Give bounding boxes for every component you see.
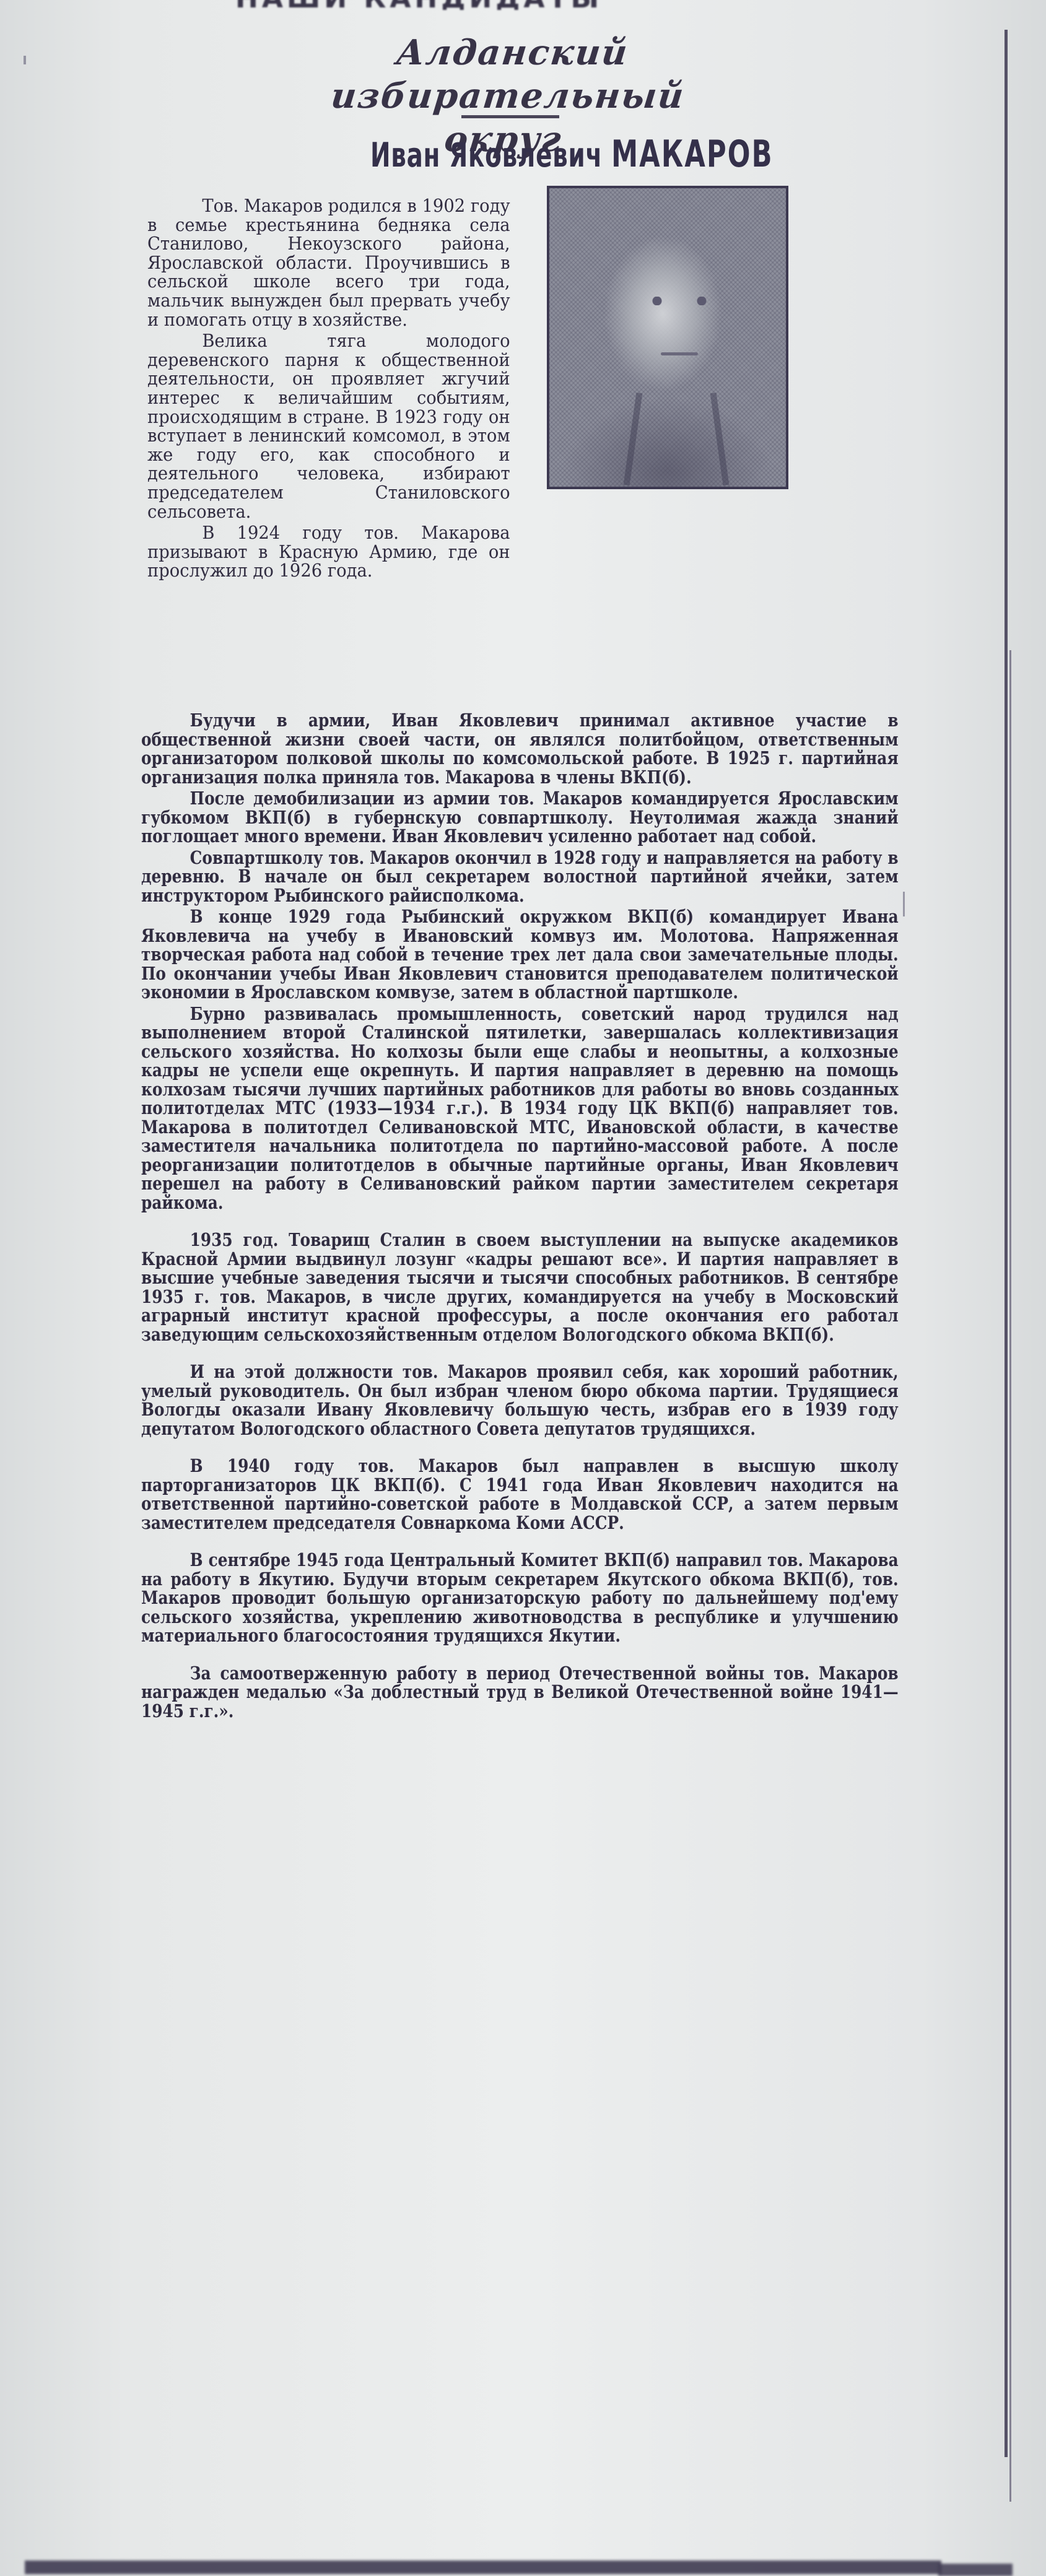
portrait-photo (547, 186, 788, 489)
column-rule (1005, 30, 1008, 2457)
narrow-column-text: Тов. Макаров родился в 1902 году в семье… (147, 197, 510, 581)
cut-off-masthead: НАШИ КАНДИДАТЫ (235, 0, 756, 10)
candidate-name-heading: Иван Яковлевич МАКАРОВ (370, 133, 682, 176)
district-name: Алданский избирательный (233, 31, 787, 118)
newspaper-clipping: НАШИ КАНДИДАТЫ Алданский избирательный о… (0, 0, 1046, 2576)
paragraph-medal: За самоотверженную работу в период Отече… (141, 1664, 899, 1721)
portrait-collar-right (710, 393, 730, 485)
candidate-surname: МАКАРОВ (611, 133, 774, 176)
bottom-border-rule (25, 2561, 941, 2574)
portrait-collar-left (624, 393, 643, 485)
paragraph-yakutia: В сентябре 1945 года Центральный Комитет… (141, 1551, 899, 1645)
heading-underline (461, 115, 559, 118)
portrait-eyes (642, 297, 717, 305)
paragraph-1940: В 1940 году тов. Макаров был направлен в… (141, 1456, 899, 1532)
paragraph-sovpartschool: Совпартшколу тов. Макаров окончил в 1928… (141, 848, 899, 905)
candidate-first-names: Иван Яковлевич (370, 136, 603, 175)
paragraph-vologda: И на этой должности тов. Макаров проявил… (141, 1362, 899, 1438)
column-rule-secondary (1009, 650, 1011, 2502)
paragraph-army-service: Будучи в армии, Иван Яковлевич принимал … (141, 711, 899, 786)
paragraph-army: В 1924 году тов. Макарова призывают в Кр… (147, 524, 510, 581)
paragraph-collectivization: Бурно развивалась промышленность, советс… (141, 1004, 899, 1212)
paragraph-demobilization: После демобилизации из армии тов. Макаро… (141, 789, 899, 846)
wide-column-text: Будучи в армии, Иван Яковлевич принимал … (141, 711, 899, 1720)
paragraph-komvuz: В конце 1929 года Рыбинский окружком ВКП… (141, 907, 899, 1002)
bottom-border-rule-right (938, 2564, 1013, 2576)
ink-speck (24, 56, 26, 64)
ink-mark (903, 892, 905, 916)
paragraph-komsomol: Велика тяга молодого деревенского парня … (147, 332, 510, 521)
paragraph-birth: Тов. Макаров родился в 1902 году в семье… (147, 197, 510, 329)
portrait-mouth (661, 352, 698, 355)
paragraph-1935: 1935 год. Товарищ Сталин в своем выступл… (141, 1230, 899, 1344)
